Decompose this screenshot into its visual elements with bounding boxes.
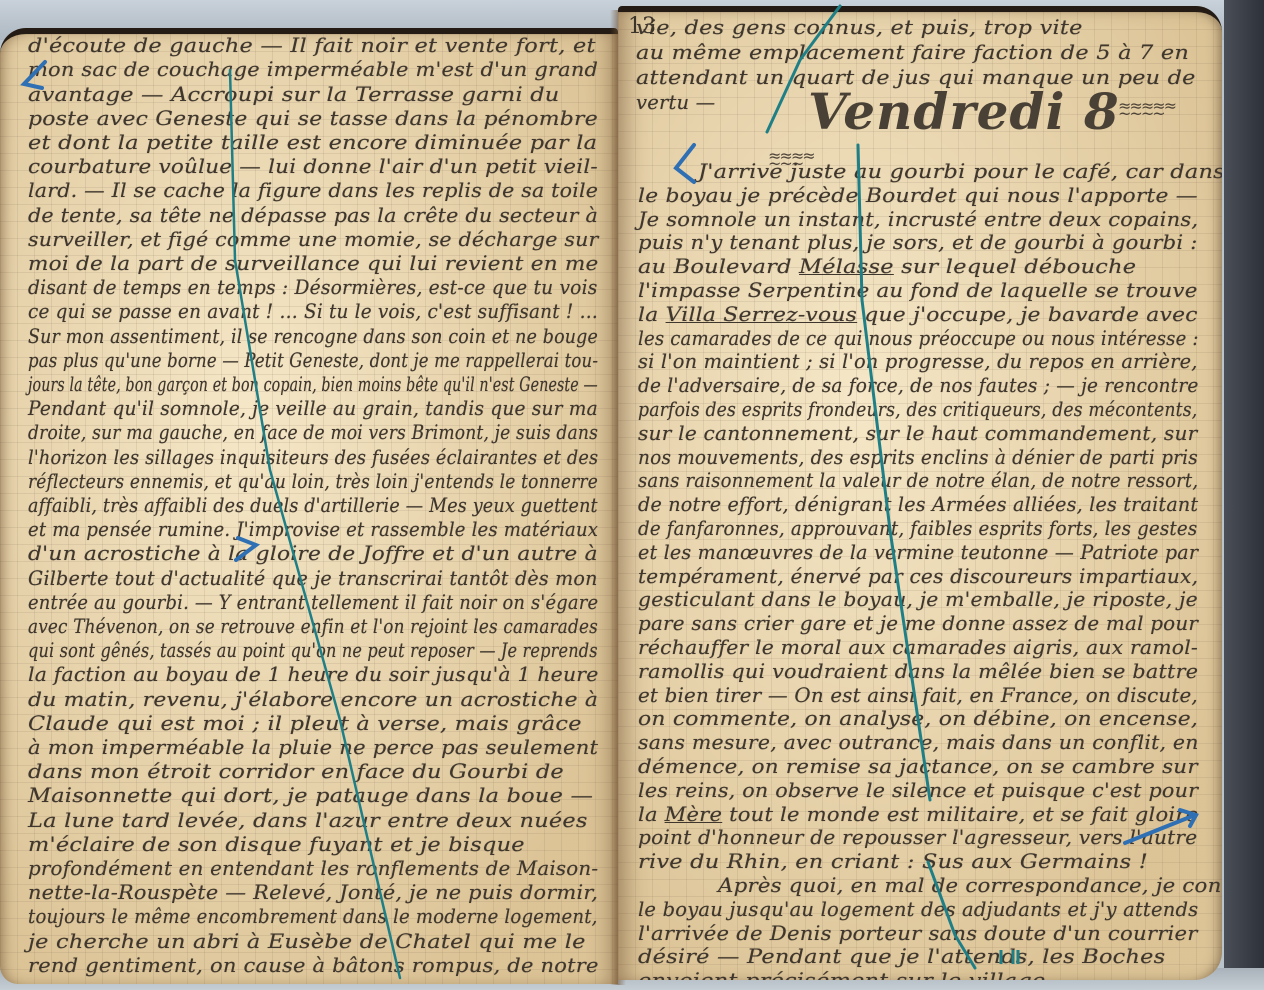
notebook-spread: avec Geneste de 7 à 9 du soir la faction… bbox=[0, 0, 1264, 990]
green-tick-marks-icon bbox=[1001, 950, 1018, 964]
green-stroke-long-icon bbox=[858, 145, 930, 800]
blue-bracket-right-icon bbox=[676, 145, 694, 182]
blue-bracket-icon bbox=[24, 62, 45, 88]
blue-arrow-icon bbox=[236, 538, 256, 560]
pencil-annotations bbox=[0, 0, 1264, 990]
blue-arrow-right-icon bbox=[1125, 810, 1196, 843]
green-stroke-lower-icon bbox=[928, 862, 975, 968]
green-stroke-icon bbox=[230, 70, 400, 978]
green-stroke-top-icon bbox=[767, 6, 840, 132]
